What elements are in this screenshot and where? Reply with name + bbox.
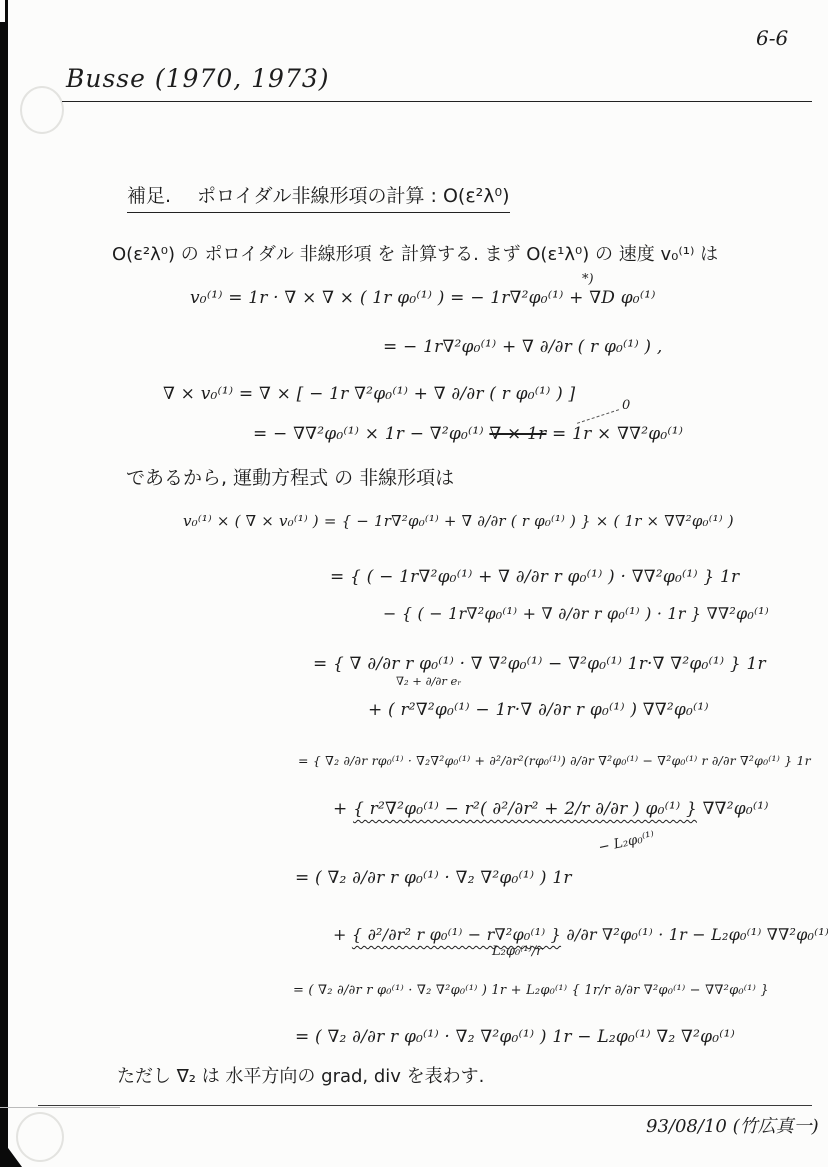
equation-simplified-gradient: + ( r²∇²φ₀⁽¹⁾ − 1r·∇ ∂/∂r r φ₀⁽¹⁾ ) ∇∇²φ…: [368, 700, 709, 720]
scanned-note-page: 6-6 Busse (1970, 1973) 補足.ポロイダル非線形項の計算 :…: [0, 0, 828, 1167]
eq-segment: = 1r × ∇∇²φ₀⁽¹⁾: [546, 424, 683, 444]
footer-rule-faint: [0, 1107, 120, 1108]
equation-velocity-simplified: = − 1r∇²φ₀⁽¹⁾ + ∇ ∂/∂r ( r φ₀⁽¹⁾ ) ,: [383, 337, 662, 357]
eq-segment: +: [333, 799, 353, 819]
scan-edge-tick: [5, 0, 8, 26]
date-signature: 93/08/10 (竹広真一): [646, 1112, 819, 1138]
equation-collected-radial: = ( ∇₂ ∂/∂r r φ₀⁽¹⁾ · ∇₂ ∇²φ₀⁽¹⁾ ) 1r: [295, 868, 572, 888]
eq-segment: = − ∇∇²φ₀⁽¹⁾ × 1r − ∇²φ₀⁽¹⁾: [253, 424, 489, 444]
star-annotation: *): [582, 272, 594, 287]
page-number: 6-6: [756, 26, 788, 50]
title-underline: [62, 101, 812, 102]
minus-l2-annotation: − L₂φ₀⁽¹⁾: [597, 828, 656, 855]
closing-remark: ただし ∇₂ は 水平方向の grad, div を表わす.: [117, 1062, 484, 1088]
equation-velocity-definition: v₀⁽¹⁾ = 1r · ∇ × ∇ × ( 1r φ₀⁽¹⁾ ) = − 1r…: [190, 288, 656, 308]
scan-edge-strip: [0, 22, 8, 1167]
eq-segment: ∂/∂r ∇²φ₀⁽¹⁾ · 1r − L₂φ₀⁽¹⁾ ∇∇²φ₀⁽¹⁾: [561, 925, 828, 944]
mid-sentence: であるから, 運動方程式 の 非線形項は: [126, 463, 454, 490]
intro-sentence: O(ε²λ⁰) の ポロイダル 非線形項 を 計算する. まず O(ε¹λ⁰) …: [112, 240, 718, 266]
equation-simplified-radial: = { ∇ ∂/∂r r φ₀⁽¹⁾ · ∇ ∇²φ₀⁽¹⁾ − ∇²φ₀⁽¹⁾…: [313, 654, 766, 674]
equation-nonlinear-term: v₀⁽¹⁾ × ( ∇ × v₀⁽¹⁾ ) = { − 1r∇²φ₀⁽¹⁾ + …: [183, 512, 734, 530]
equation-horizontal-expansion: = { ∇₂ ∂/∂r rφ₀⁽¹⁾ · ∇₂∇²φ₀⁽¹⁾ + ∂²/∂r²(…: [298, 753, 811, 768]
footer-rule: [38, 1105, 812, 1106]
hole-punch-top: [20, 86, 64, 134]
zero-annotation: 0: [622, 398, 630, 413]
wavy-underlined-group: { ∂²/∂r² r φ₀⁽¹⁾ − r∇²φ₀⁽¹⁾ }: [352, 925, 561, 944]
l2-over-r-annotation: L₂φ₀⁽¹⁾/r: [492, 944, 542, 959]
wavy-underlined-group: { r²∇²φ₀⁽¹⁾ − r²( ∂²/∂r² + 2/r ∂/∂r ) φ₀…: [353, 799, 697, 819]
equation-curl-velocity-result: = − ∇∇²φ₀⁽¹⁾ × 1r − ∇²φ₀⁽¹⁾ ∇ × 1r = 1r …: [253, 424, 683, 444]
strikeout-arrow: [577, 409, 619, 424]
equation-expansion-gradient-part: − { ( − 1r∇²φ₀⁽¹⁾ + ∇ ∂/∂r r φ₀⁽¹⁾ ) · 1…: [383, 604, 769, 623]
struck-curl-term: ∇ × 1r: [489, 424, 546, 444]
equation-l2-group: + { r²∇²φ₀⁽¹⁾ − r²( ∂²/∂r² + 2/r ∂/∂r ) …: [333, 799, 769, 819]
hole-punch-bottom: [16, 1112, 64, 1162]
page-title: Busse (1970, 1973): [66, 64, 330, 93]
equation-l2-second-group: + { ∂²/∂r² r φ₀⁽¹⁾ − r∇²φ₀⁽¹⁾ } ∂/∂r ∇²φ…: [333, 925, 828, 944]
eq-segment: ∇∇²φ₀⁽¹⁾: [697, 799, 769, 819]
section-heading: 補足.ポロイダル非線形項の計算 : O(ε²λ⁰): [127, 181, 510, 213]
nabla-decomposition-annotation: ∇₂ + ∂/∂r eᵣ: [396, 674, 461, 688]
section-heading-text: ポロイダル非線形項の計算 : O(ε²λ⁰): [197, 185, 509, 207]
equation-final-result: = ( ∇₂ ∂/∂r r φ₀⁽¹⁾ · ∇₂ ∇²φ₀⁽¹⁾ ) 1r − …: [295, 1027, 735, 1047]
section-heading-label: 補足.: [127, 185, 171, 207]
equation-expansion-radial-part: = { ( − 1r∇²φ₀⁽¹⁾ + ∇ ∂/∂r r φ₀⁽¹⁾ ) · ∇…: [330, 567, 739, 587]
eq-segment: +: [333, 925, 352, 944]
equation-curl-velocity: ∇ × v₀⁽¹⁾ = ∇ × [ − 1r ∇²φ₀⁽¹⁾ + ∇ ∂/∂r …: [163, 384, 575, 404]
equation-combined-l2: = ( ∇₂ ∂/∂r r φ₀⁽¹⁾ · ∇₂ ∇²φ₀⁽¹⁾ ) 1r + …: [293, 983, 769, 998]
